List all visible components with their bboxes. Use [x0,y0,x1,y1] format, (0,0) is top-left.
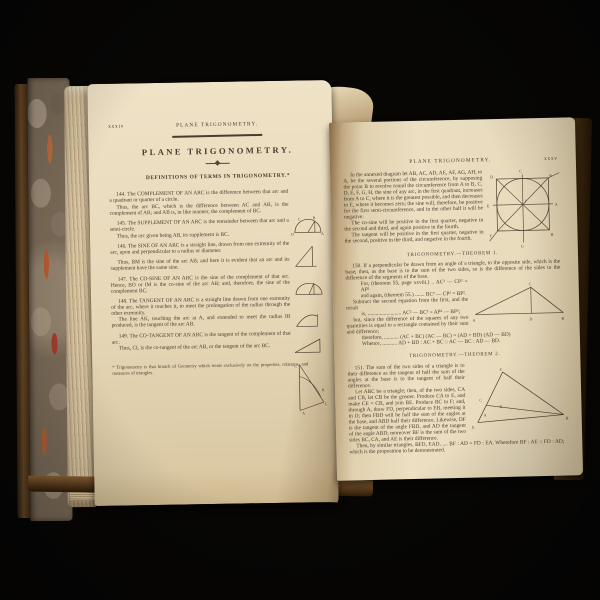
title-ornament [206,162,230,163]
right-running-head: PLANE TRIGONOMETRY. [377,156,524,165]
definition-paragraph: Thus, the arc BC, which is the differenc… [109,202,288,217]
svg-text:A: A [302,410,305,415]
right-page: PLANE TRIGONOMETRY. xxxv C B A H G F E D [329,117,583,480]
definition-paragraph: Thus, the arc given being AB, its supple… [110,231,289,240]
svg-text:L: L [325,401,328,406]
svg-text:B: B [566,415,569,420]
svg-text:G: G [521,243,524,248]
definition-paragraph: The line AK, touching the arc at A, and … [111,315,290,330]
svg-text:C: C [519,168,522,173]
svg-text:C: C [298,216,301,221]
svg-text:D: D [490,174,493,179]
left-running-head: PLANE TRIGONOMETRY. [142,121,292,130]
cotangent-figure: C K L A [293,361,330,416]
svg-text:C: C [479,397,482,402]
margin-figure-column: B C A D [288,185,330,350]
section-heading: DEFINITIONS OF TERMS IN TRIGONOMETRY.* [109,172,327,182]
right-folio: xxxv [524,156,558,163]
circle-quadrants-figure: C B A H G F E D I [486,166,564,250]
svg-text:B: B [549,173,552,178]
svg-text:A: A [555,202,558,207]
svg-text:B: B [313,215,316,220]
book-photograph: xxxiv PLANE TRIGONOMETRY. PLANE TRIGONOM… [0,0,600,600]
svg-text:B: B [561,316,564,321]
tangent-arc-figure [292,309,320,329]
definition-paragraph: Thus, CL is the co-tangent of the arc AB… [112,344,291,353]
svg-text:C: C [294,363,297,368]
svg-text:A: A [472,318,475,323]
svg-text:D: D [291,231,294,235]
title-rule [172,134,262,138]
theorem1-triangle-figure: C A D B [471,279,568,325]
sine-figure [291,243,319,269]
semicircle-arc-figure: B C A D [291,211,325,236]
left-page-header: xxxiv PLANE TRIGONOMETRY. [108,120,326,130]
left-page: xxxiv PLANE TRIGONOMETRY. PLANE TRIGONOM… [87,80,338,506]
svg-text:D: D [529,317,532,322]
definition-paragraph: 147. The CO-SINE OF AN ARC is the sine o… [111,274,290,295]
svg-text:E: E [472,424,475,429]
svg-text:C: C [529,282,532,287]
svg-text:F: F [490,233,493,238]
svg-text:E: E [487,203,490,208]
left-folio: xxxiv [108,123,142,130]
svg-text:D: D [499,404,502,409]
svg-text:A: A [484,412,487,417]
cosine-arc-figure [292,275,326,298]
theorem2-triangle-figure: F C E A D B [469,364,570,430]
definition-paragraph: 146. The SINE OF AN ARC is a straight li… [110,242,289,257]
right-page-header: PLANE TRIGONOMETRY. xxxv [343,156,558,167]
svg-text:H: H [551,232,554,237]
svg-text:F: F [500,367,503,372]
chapter-title: PLANE TRIGONOMETRY. [108,144,326,158]
definition-paragraph: Thus, BM is the sine of the arc AB; and … [110,258,289,273]
svg-text:A: A [321,231,324,236]
small-triangle-figure [293,335,323,356]
footnote: * Trigonometry is that branch of Geometr… [112,363,308,377]
svg-text:K: K [322,387,325,392]
definitions-text: 144. The COMPLEMENT OF AN ARC is the dif… [109,185,291,353]
